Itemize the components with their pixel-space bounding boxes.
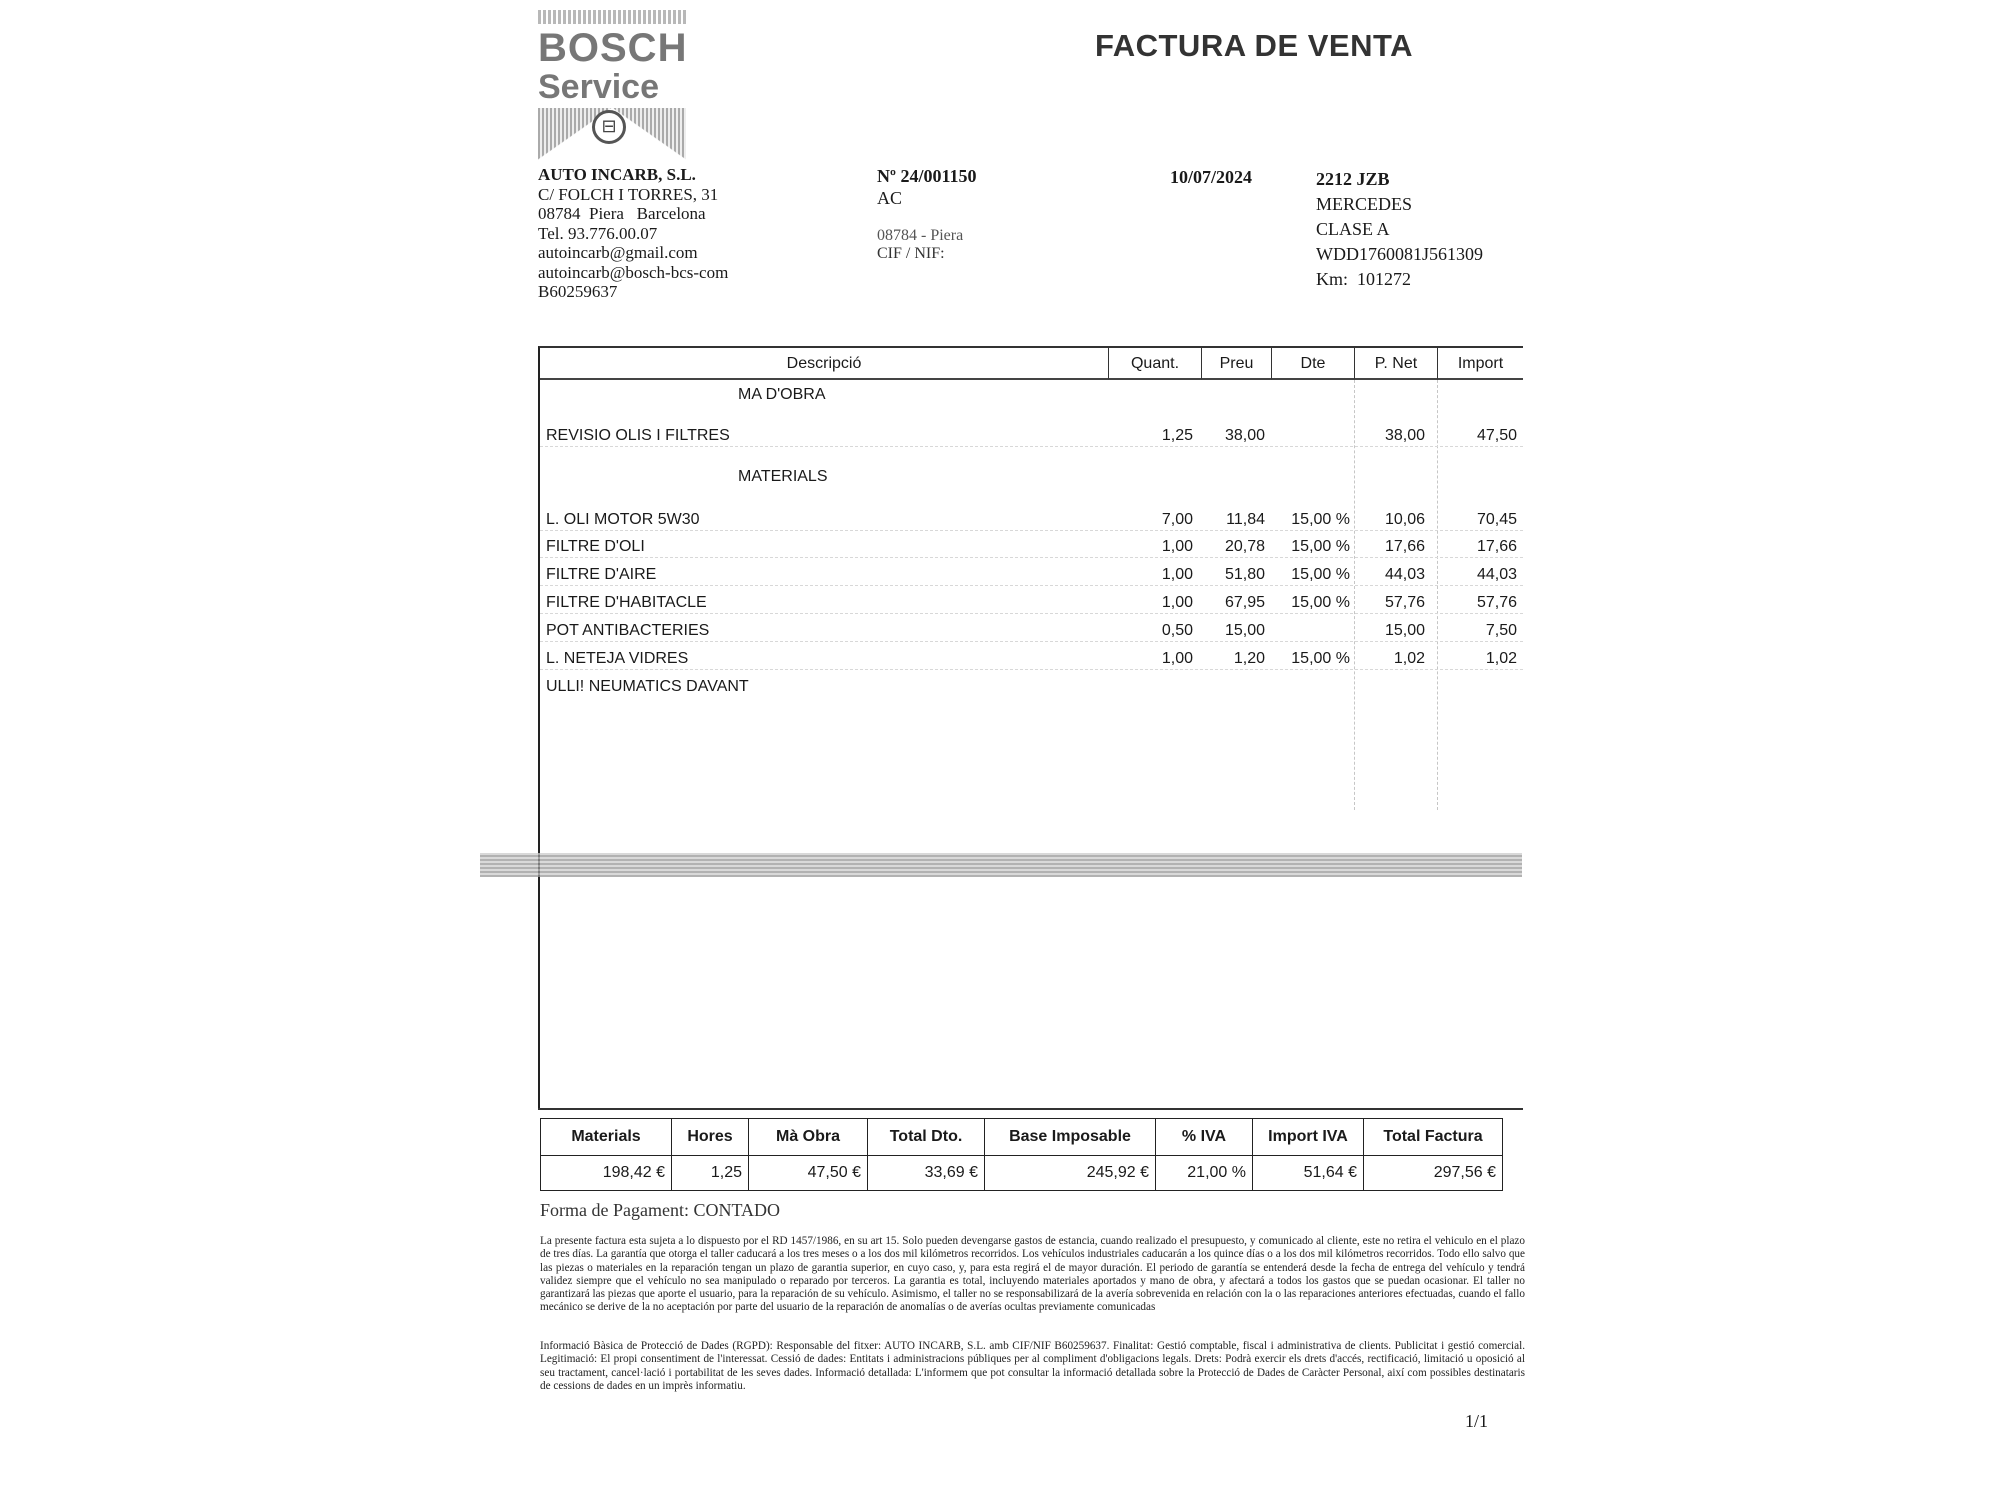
item-import: 47,50 — [1477, 424, 1517, 448]
item-description: POT ANTIBACTERIES — [546, 619, 709, 643]
row-separator — [540, 446, 1523, 447]
item-import: 1,02 — [1486, 647, 1517, 671]
item-net: 15,00 — [1385, 619, 1425, 643]
table-row: FILTRE D'HABITACLE1,0067,9515,00 %57,765… — [540, 591, 1523, 615]
item-qty: 1,25 — [1162, 424, 1193, 448]
company-info: AUTO INCARB, S.L. C/ FOLCH I TORRES, 31 … — [538, 165, 728, 302]
item-net: 57,76 — [1385, 591, 1425, 615]
table-row: ULLI! NEUMATICS DAVANT — [540, 675, 1523, 699]
col-header-price: Preu — [1201, 348, 1271, 380]
invoice-number: Nº 24/001150 — [877, 165, 976, 187]
item-import: 57,76 — [1477, 591, 1517, 615]
totals-header-hours: Hores — [672, 1119, 749, 1156]
totals-invoice-total: 297,56 € — [1364, 1156, 1503, 1191]
totals-table: Materials Hores Mà Obra Total Dto. Base … — [540, 1118, 1503, 1191]
item-description: REVISIO OLIS I FILTRES — [546, 424, 730, 448]
table-row: L. OLI MOTOR 5W307,0011,8415,00 %10,0670… — [540, 508, 1523, 532]
item-net: 17,66 — [1385, 535, 1425, 559]
logo-subtitle: Service — [538, 68, 686, 106]
item-price: 1,20 — [1234, 647, 1265, 671]
row-separator — [540, 530, 1523, 531]
totals-tax-base: 245,92 € — [985, 1156, 1156, 1191]
item-qty: 7,00 — [1162, 508, 1193, 532]
item-import: 7,50 — [1486, 619, 1517, 643]
payment-method: Forma de Pagament: CONTADO — [540, 1200, 780, 1221]
page-number: 1/1 — [1465, 1411, 1488, 1432]
col-header-quantity: Quant. — [1108, 348, 1201, 380]
item-net: 10,06 — [1385, 508, 1425, 532]
item-description: FILTRE D'HABITACLE — [546, 591, 707, 615]
item-price: 67,95 — [1225, 591, 1265, 615]
client-cif-label: CIF / NIF: — [877, 245, 976, 263]
totals-header-tax-base: Base Imposable — [985, 1119, 1156, 1156]
col-header-discount: Dte — [1271, 348, 1354, 380]
totals-hours: 1,25 — [672, 1156, 749, 1191]
col-header-import: Import — [1437, 348, 1523, 380]
item-price: 51,80 — [1225, 563, 1265, 587]
item-import: 44,03 — [1477, 563, 1517, 587]
item-price: 15,00 — [1225, 619, 1265, 643]
item-qty: 1,00 — [1162, 563, 1193, 587]
totals-header-materials: Materials — [541, 1119, 672, 1156]
row-separator — [540, 669, 1523, 670]
company-city: 08784 Piera Barcelona — [538, 204, 728, 224]
company-address: C/ FOLCH I TORRES, 31 — [538, 185, 728, 205]
item-qty: 1,00 — [1162, 647, 1193, 671]
table-row: POT ANTIBACTERIES0,5015,0015,007,50 — [540, 619, 1523, 643]
section-title: MATERIALS — [738, 468, 828, 486]
company-email-1: autoincarb@gmail.com — [538, 243, 728, 263]
totals-header-labour: Mà Obra — [749, 1119, 868, 1156]
item-dte: 15,00 % — [1291, 563, 1350, 587]
items-table: Descripció Quant. Preu Dte P. Net Import… — [538, 346, 1523, 1110]
table-row: FILTRE D'OLI1,0020,7815,00 %17,6617,66 — [540, 535, 1523, 559]
payment-label: Forma de Pagament: — [540, 1200, 689, 1220]
table-row: REVISIO OLIS I FILTRES1,2538,0038,0047,5… — [540, 424, 1523, 448]
col-header-description: Descripció — [540, 348, 1108, 380]
company-email-2: autoincarb@bosch-bcs-com — [538, 263, 728, 283]
row-separator — [540, 613, 1523, 614]
client-name: AC — [877, 187, 976, 209]
item-price: 20,78 — [1225, 535, 1265, 559]
client-city: 08784 - Piera — [877, 227, 976, 245]
totals-header-vat-rate: % IVA — [1156, 1119, 1253, 1156]
totals-labour: 47,50 € — [749, 1156, 868, 1191]
totals-header-total-discount: Total Dto. — [868, 1119, 985, 1156]
vehicle-vin: WDD1760081J561309 — [1316, 242, 1483, 267]
invoice-client-block: Nº 24/001150 AC 08784 - Piera CIF / NIF: — [877, 165, 976, 263]
item-price: 38,00 — [1225, 424, 1265, 448]
company-phone: Tel. 93.776.00.07 — [538, 224, 728, 244]
item-description: L. NETEJA VIDRES — [546, 647, 688, 671]
vehicle-make: MERCEDES — [1316, 192, 1483, 217]
payment-value: CONTADO — [693, 1200, 780, 1220]
gdpr-notice: Informació Bàsica de Protecció de Dades … — [540, 1340, 1525, 1393]
totals-total-discount: 33,69 € — [868, 1156, 985, 1191]
totals-materials: 198,42 € — [541, 1156, 672, 1191]
company-cif: B60259637 — [538, 282, 728, 302]
totals-header-vat-amount: Import IVA — [1253, 1119, 1364, 1156]
document-title: FACTURA DE VENTA — [1095, 28, 1413, 64]
item-net: 44,03 — [1385, 563, 1425, 587]
item-dte: 15,00 % — [1291, 647, 1350, 671]
logo-dots-decoration — [538, 10, 686, 24]
item-description: FILTRE D'OLI — [546, 535, 645, 559]
item-description: ULLI! NEUMATICS DAVANT — [546, 675, 749, 699]
item-dte: 15,00 % — [1291, 591, 1350, 615]
item-qty: 1,00 — [1162, 591, 1193, 615]
item-qty: 1,00 — [1162, 535, 1193, 559]
table-row: L. NETEJA VIDRES1,001,2015,00 %1,021,02 — [540, 647, 1523, 671]
row-separator — [540, 585, 1523, 586]
item-description: L. OLI MOTOR 5W30 — [546, 508, 700, 532]
row-separator — [540, 557, 1523, 558]
totals-vat-amount: 51,64 € — [1253, 1156, 1364, 1191]
item-net: 1,02 — [1394, 647, 1425, 671]
item-import: 70,45 — [1477, 508, 1517, 532]
totals-header-invoice-total: Total Factura — [1364, 1119, 1503, 1156]
vehicle-km: Km: 101272 — [1316, 267, 1483, 292]
warranty-terms: La presente factura esta sujeta a lo dis… — [540, 1235, 1525, 1315]
table-row: FILTRE D'AIRE1,0051,8015,00 %44,0344,03 — [540, 563, 1523, 587]
table-bottom-border — [538, 1108, 1523, 1110]
item-dte: 15,00 % — [1291, 535, 1350, 559]
item-description: FILTRE D'AIRE — [546, 563, 656, 587]
item-net: 38,00 — [1385, 424, 1425, 448]
bosch-service-logo: BOSCH Service ⊟ — [538, 10, 686, 160]
totals-vat-rate: 21,00 % — [1156, 1156, 1253, 1191]
item-dte: 15,00 % — [1291, 508, 1350, 532]
item-qty: 0,50 — [1162, 619, 1193, 643]
row-separator — [540, 641, 1523, 642]
logo-brand: BOSCH — [538, 28, 686, 68]
vehicle-info: 2212 JZB MERCEDES CLASE A WDD1760081J561… — [1316, 167, 1483, 292]
vehicle-model: CLASE A — [1316, 217, 1483, 242]
col-header-net-price: P. Net — [1354, 348, 1437, 380]
invoice-date: 10/07/2024 — [1170, 167, 1252, 188]
section-title: MA D'OBRA — [738, 386, 826, 404]
item-import: 17,66 — [1477, 535, 1517, 559]
vehicle-plate: 2212 JZB — [1316, 167, 1483, 192]
logo-chevron: ⊟ — [538, 108, 686, 160]
bosch-armature-emblem-icon: ⊟ — [592, 110, 626, 144]
item-price: 11,84 — [1226, 508, 1265, 532]
company-name: AUTO INCARB, S.L. — [538, 165, 728, 185]
scan-artifact-band — [480, 853, 1522, 877]
